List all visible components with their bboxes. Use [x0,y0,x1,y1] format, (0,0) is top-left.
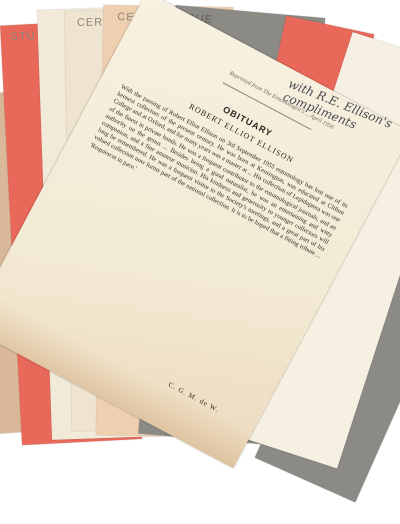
pencil-mark: STU [10,30,36,43]
photo-scene: STU CER CER CUE Reprinted from The Entom… [0,0,400,524]
pencil-mark: CER [77,16,103,28]
